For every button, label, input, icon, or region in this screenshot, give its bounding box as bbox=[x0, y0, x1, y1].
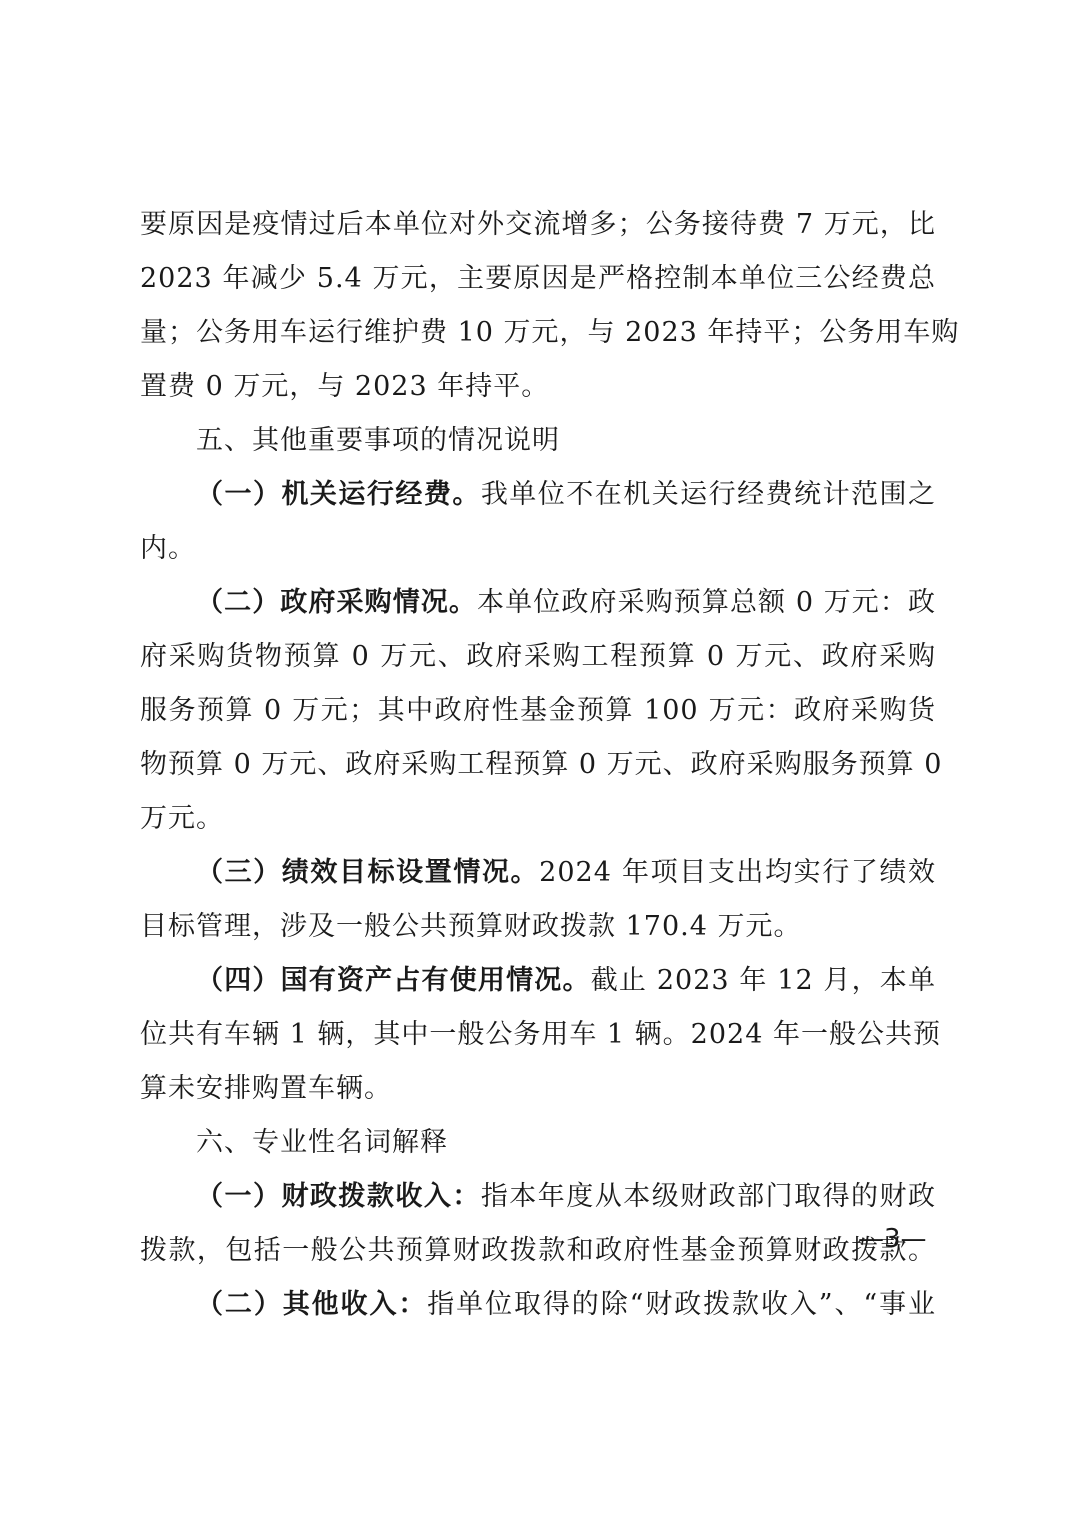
item-text: 本单位政府采购预算总额 0 万元：政 bbox=[477, 587, 936, 618]
section-heading-5: 五、其他重要事项的情况说明 bbox=[140, 414, 936, 468]
item-4-line: （四）国有资产占有使用情况。截止 2023 年 12 月，本单 bbox=[140, 954, 936, 1008]
paragraph-line: 内。 bbox=[140, 522, 936, 576]
page-number: —3— bbox=[858, 1224, 927, 1254]
term-text: 指单位取得的除“财政拨款收入”、“事业 bbox=[427, 1289, 936, 1320]
paragraph-line: 2023 年减少 5.4 万元，主要原因是严格控制本单位三公经费总 bbox=[140, 252, 936, 306]
term-label: （二）其他收入： bbox=[196, 1289, 427, 1320]
item-label: （二）政府采购情况。 bbox=[196, 587, 477, 618]
item-1-line: （一）机关运行经费。我单位不在机关运行经费统计范围之 bbox=[140, 468, 936, 522]
item-label: （四）国有资产占有使用情况。 bbox=[196, 965, 591, 996]
item-2-line: （二）政府采购情况。本单位政府采购预算总额 0 万元：政 bbox=[140, 576, 936, 630]
section-heading-6: 六、专业性名词解释 bbox=[140, 1116, 936, 1170]
item-label: （一）机关运行经费。 bbox=[196, 479, 481, 510]
paragraph-line: 量；公务用车运行维护费 10 万元，与 2023 年持平；公务用车购 bbox=[140, 306, 936, 360]
document-page: 要原因是疫情过后本单位对外交流增多；公务接待费 7 万元，比 2023 年减少 … bbox=[140, 198, 936, 1332]
term-text: 指本年度从本级财政部门取得的财政 bbox=[481, 1181, 936, 1212]
term-2-line: （二）其他收入：指单位取得的除“财政拨款收入”、“事业 bbox=[140, 1278, 936, 1332]
paragraph-line: 物预算 0 万元、政府采购工程预算 0 万元、政府采购服务预算 0 bbox=[140, 738, 936, 792]
term-label: （一）财政拨款收入： bbox=[196, 1181, 481, 1212]
paragraph-line: 目标管理，涉及一般公共预算财政拨款 170.4 万元。 bbox=[140, 900, 936, 954]
paragraph-line: 万元。 bbox=[140, 792, 936, 846]
item-label: （三）绩效目标设置情况。 bbox=[196, 857, 539, 888]
paragraph-line: 府采购货物预算 0 万元、政府采购工程预算 0 万元、政府采购 bbox=[140, 630, 936, 684]
paragraph-line: 算未安排购置车辆。 bbox=[140, 1062, 936, 1116]
paragraph-line: 位共有车辆 1 辆，其中一般公务用车 1 辆。2024 年一般公共预 bbox=[140, 1008, 936, 1062]
paragraph-line: 要原因是疫情过后本单位对外交流增多；公务接待费 7 万元，比 bbox=[140, 198, 936, 252]
item-3-line: （三）绩效目标设置情况。2024 年项目支出均实行了绩效 bbox=[140, 846, 936, 900]
paragraph-line: 拨款，包括一般公共预算财政拨款和政府性基金预算财政拨款。 bbox=[140, 1224, 936, 1278]
paragraph-line: 服务预算 0 万元；其中政府性基金预算 100 万元：政府采购货 bbox=[140, 684, 936, 738]
paragraph-line: 置费 0 万元，与 2023 年持平。 bbox=[140, 360, 936, 414]
item-text: 2024 年项目支出均实行了绩效 bbox=[539, 857, 936, 888]
item-text: 截止 2023 年 12 月，本单 bbox=[591, 965, 936, 996]
term-1-line: （一）财政拨款收入：指本年度从本级财政部门取得的财政 bbox=[140, 1170, 936, 1224]
item-text: 我单位不在机关运行经费统计范围之 bbox=[481, 479, 936, 510]
